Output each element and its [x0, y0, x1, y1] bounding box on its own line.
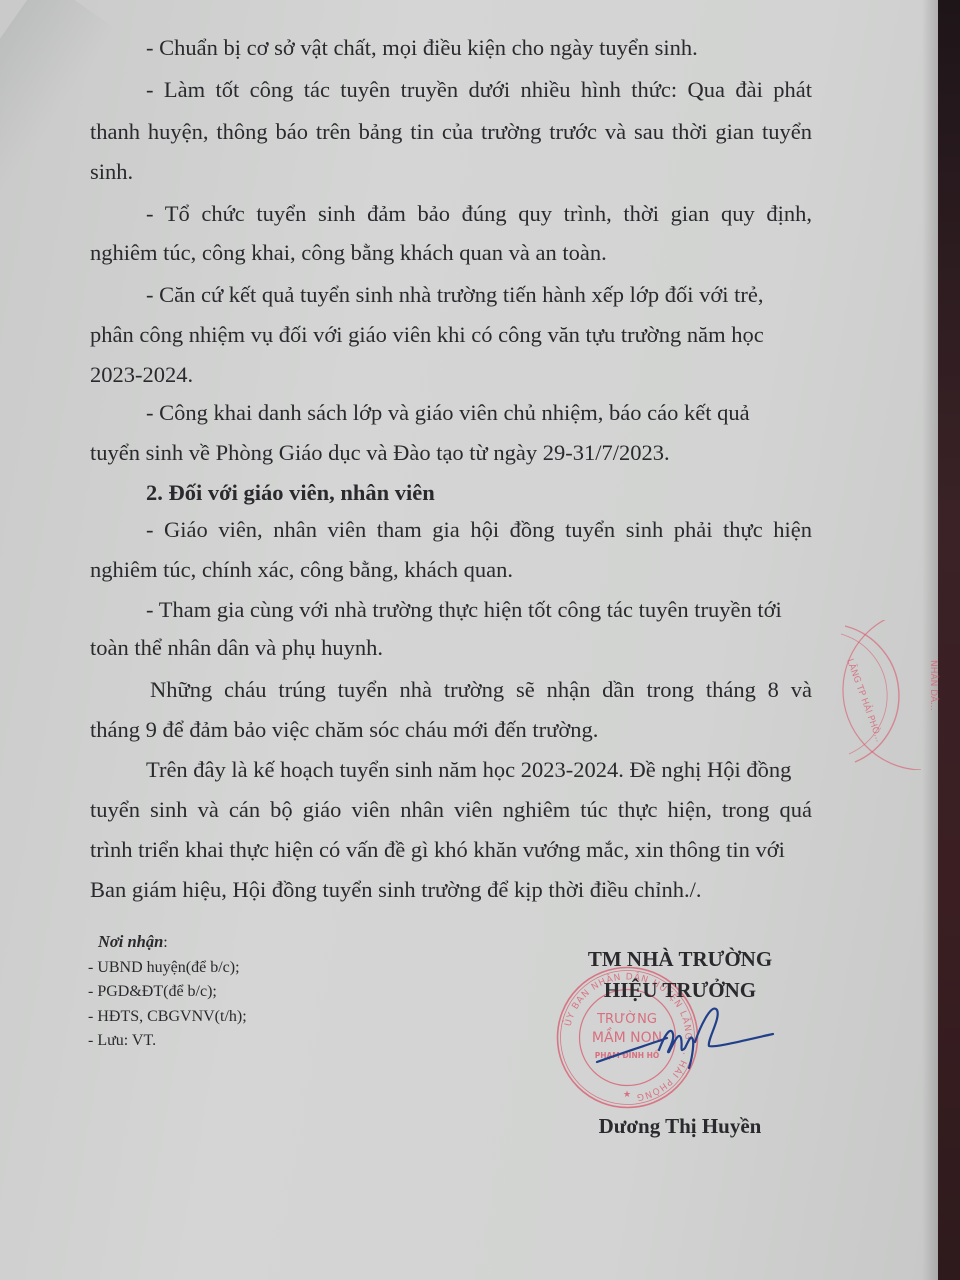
signer-name: Dương Thị Huyền	[560, 1114, 800, 1139]
paragraph-line: - Chuẩn bị cơ sở vật chất, mọi điều kiện…	[146, 34, 812, 62]
paragraph-line: tuyển sinh và cán bộ giáo viên nhân viên…	[90, 796, 812, 824]
paragraph-line: 2023-2024.	[90, 361, 812, 389]
side-stamp-edge-text: NHÂN DÂ...	[928, 660, 940, 711]
recipients-block: Nơi nhận: - UBND huyện(để b/c); - PGD&ĐT…	[88, 930, 247, 1054]
signature-line-1: TM NHÀ TRƯỜNG	[560, 944, 800, 975]
paragraph-line: Ban giám hiệu, Hội đồng tuyển sinh trườn…	[90, 876, 812, 904]
paragraph-line: Trên đây là kế hoạch tuyển sinh năm học …	[146, 756, 812, 784]
paragraph-line: sinh.	[90, 158, 812, 186]
paragraph-line: nghiêm túc, chính xác, công bằng, khách …	[90, 556, 812, 584]
handwritten-signature	[595, 1000, 775, 1075]
paragraph-line: thanh huyện, thông báo trên bảng tin của…	[90, 118, 812, 146]
side-stamp-text: LÃNG TP HẢI PHÒ...	[844, 657, 885, 743]
signature-title: TM NHÀ TRƯỜNG HIỆU TRƯỞNG	[560, 944, 800, 1006]
paragraph-line: tuyển sinh về Phòng Giáo dục và Đào tạo …	[90, 439, 812, 467]
paragraph-line: tháng 9 để đảm bảo việc chăm sóc cháu mớ…	[90, 716, 812, 744]
stamp-star-icon: ★	[623, 1089, 631, 1099]
recipients-title-colon: :	[163, 934, 167, 951]
section-heading: 2. Đối với giáo viên, nhân viên	[146, 479, 812, 507]
paragraph-line: phân công nhiệm vụ đối với giáo viên khi…	[90, 321, 812, 349]
paragraph-line: nghiêm túc, công khai, công bằng khách q…	[90, 239, 812, 267]
paragraph-line: - Tham gia cùng với nhà trường thực hiện…	[146, 596, 812, 624]
recipients-title-text: Nơi nhận	[98, 932, 163, 951]
recipients-title: Nơi nhận:	[88, 930, 247, 956]
paragraph-line: trình triển khai thực hiện có vấn đề gì …	[90, 836, 812, 864]
side-stamp-fragment: LÃNG TP HẢI PHÒ... NHÂN DÂ...	[835, 620, 945, 770]
paragraph-line: Những cháu trúng tuyển nhà trường sẽ nhậ…	[150, 676, 812, 704]
paragraph-line: - Làm tốt công tác tuyên truyền dưới nhi…	[146, 76, 812, 104]
recipient-item: - PGD&ĐT(để b/c);	[88, 980, 247, 1005]
paragraph-line: - Tổ chức tuyển sinh đảm bảo đúng quy tr…	[146, 200, 812, 228]
paragraph-line: toàn thể nhân dân và phụ huynh.	[90, 634, 812, 662]
recipient-item: - UBND huyện(để b/c);	[88, 956, 247, 981]
paragraph-line: - Công khai danh sách lớp và giáo viên c…	[146, 399, 812, 427]
recipient-item: - HĐTS, CBGVNV(t/h);	[88, 1005, 247, 1030]
paragraph-line: - Căn cứ kết quả tuyển sinh nhà trường t…	[146, 281, 812, 309]
recipient-item: - Lưu: VT.	[88, 1029, 247, 1054]
paragraph-line: - Giáo viên, nhân viên tham gia hội đồng…	[146, 516, 812, 544]
